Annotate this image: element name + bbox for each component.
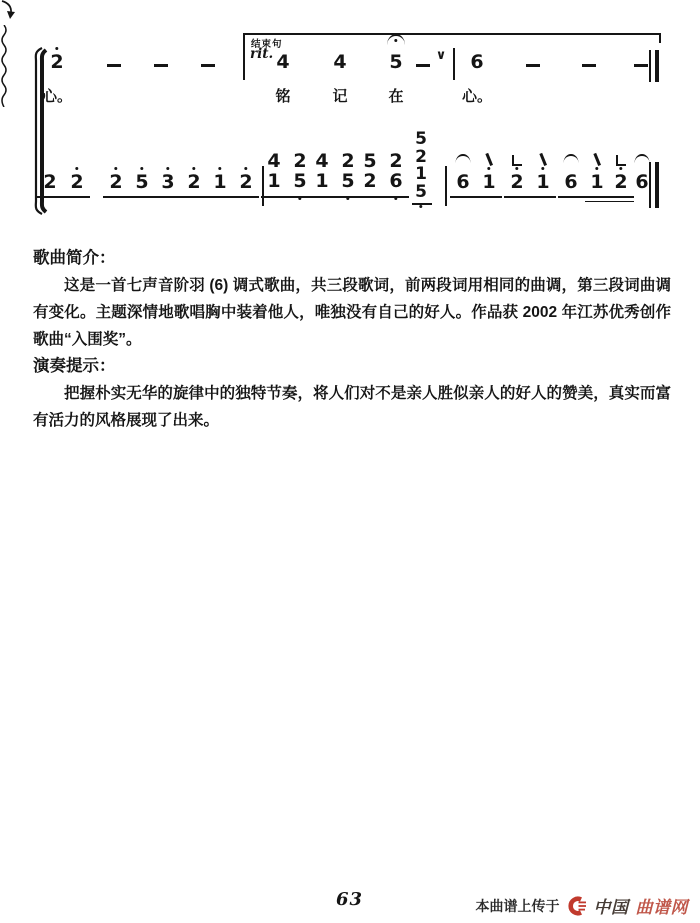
- score-note: 3: [168, 172, 181, 193]
- breath-mark-icon: ∨: [436, 48, 447, 63]
- beam-line: [37, 196, 90, 198]
- chord-top-number: 4: [267, 151, 280, 171]
- beam-line: [309, 196, 361, 198]
- score-note: 2: [50, 172, 63, 193]
- score-note: 1: [220, 172, 233, 193]
- score-note: 2: [621, 172, 634, 193]
- final-barline: [655, 162, 660, 208]
- duration-dash: [201, 64, 215, 67]
- beam-line: [155, 196, 207, 198]
- note-number: 3: [161, 172, 174, 192]
- octave-dot-above: [244, 167, 247, 170]
- fingering-hook-icon: [616, 155, 626, 166]
- note-number: 5: [389, 52, 402, 72]
- upload-prefix-text: 本曲谱上传于: [476, 896, 560, 916]
- score-page: 结束句 rit. 2心。4铭4记5在∨6心。222532124125412552…: [0, 0, 700, 923]
- song-intro-body: 这是一首七声音阶羽 (6) 调式歌曲，共三段歌词，前两段词用相同的曲调，第三段词…: [33, 272, 671, 353]
- note-number: 2: [187, 172, 200, 192]
- song-intro-section: 歌曲简介： 这是一首七声音阶羽 (6) 调式歌曲，共三段歌词，前两段词用相同的曲…: [33, 245, 671, 353]
- tie-arc-icon: [635, 154, 650, 163]
- note-number: 2: [510, 172, 523, 192]
- note-number: 1: [536, 172, 549, 192]
- lyric-syllable: 心。: [462, 85, 492, 106]
- octave-dot-above: [192, 167, 195, 170]
- note-number: 6: [564, 172, 577, 192]
- lyric-syllable: 心。: [42, 85, 72, 106]
- site-logo-icon: [567, 896, 587, 916]
- chord-stack: 25: [300, 151, 313, 191]
- duration-dash: [634, 64, 648, 67]
- chord-bottom-number: 5: [341, 171, 354, 191]
- barline: [649, 162, 651, 208]
- fingering-stroke-icon: [485, 153, 492, 166]
- beam-line: [261, 196, 313, 198]
- fingering-stroke-icon: [593, 153, 600, 166]
- note-number: 2: [50, 52, 63, 72]
- octave-dot-above: [487, 167, 490, 170]
- octave-dot-above: [595, 167, 598, 170]
- chord-bottom-number: 6: [389, 171, 402, 191]
- bracket-right-tick: [659, 33, 661, 43]
- beam-line: [504, 196, 556, 198]
- duration-dash: [154, 64, 168, 67]
- chord-bottom-number: 1: [315, 171, 328, 191]
- octave-dot-above: [75, 167, 78, 170]
- chord-bottom-number: 5: [293, 171, 306, 191]
- score-note: 1: [597, 172, 610, 193]
- chord-stack: 41: [274, 151, 287, 191]
- tie-arc-icon: [564, 154, 579, 163]
- score-note: 2: [246, 172, 259, 193]
- score-note: 4记: [340, 52, 353, 73]
- lyric-syllable: 记: [332, 85, 347, 106]
- score-note: 2: [517, 172, 530, 193]
- score-note: 1: [543, 172, 556, 193]
- performance-tips-body: 把握朴实无华的旋律中的独特节奏，将人们对不是亲人胜似亲人的好人的赞美，真实而富有…: [33, 380, 671, 434]
- score-note: 5在: [396, 52, 409, 73]
- note-number: 6: [635, 172, 648, 192]
- note-number: 6: [456, 172, 469, 192]
- octave-dot-below: [419, 205, 422, 208]
- score-note: 6心。: [477, 52, 490, 73]
- score-note: 6: [463, 172, 476, 193]
- score-note: 6: [571, 172, 584, 193]
- octave-dot-above: [140, 167, 143, 170]
- chord-bottom-number: 1: [267, 171, 280, 191]
- page-number: 63: [336, 889, 363, 910]
- chord-stack: 26: [396, 151, 409, 191]
- octave-dot-above: [114, 167, 117, 170]
- beam-line: [450, 196, 502, 198]
- note-number: 2: [70, 172, 83, 192]
- score-note: 4铭: [283, 52, 296, 73]
- tempo-marking-rit: rit.: [250, 46, 273, 62]
- duration-dash: [582, 64, 596, 67]
- chord-bottom-number: 2: [363, 171, 376, 191]
- downward-gliss-arrow-icon: [0, 0, 700, 25]
- score-note: 2: [77, 172, 90, 193]
- performance-tips-section: 演奏提示： 把握朴实无华的旋律中的独特节奏，将人们对不是亲人胜似亲人的好人的赞美…: [33, 353, 671, 434]
- arpeggio-number: 5: [415, 184, 427, 202]
- chord-stack: 52: [370, 151, 383, 191]
- note-number: 1: [213, 172, 226, 192]
- duration-dash: [526, 64, 540, 67]
- note-number: 2: [614, 172, 627, 192]
- site-watermark: 本曲谱上传于 中国曲谱网: [476, 893, 689, 918]
- score-note: 5: [142, 172, 155, 193]
- site-name-dark: 中国: [594, 893, 629, 918]
- ending-phrase-line: [243, 33, 661, 35]
- octave-dot-above: [541, 167, 544, 170]
- duration-dash: [107, 64, 121, 67]
- note-number: 4: [276, 52, 289, 72]
- fingering-stroke-icon: [539, 153, 546, 166]
- barline: [453, 48, 455, 80]
- beam-line: [558, 196, 634, 198]
- beam-line: [207, 196, 259, 198]
- site-name-red: 曲谱网: [636, 893, 689, 918]
- chord-top-number: 2: [341, 151, 354, 171]
- chord-top-number: 4: [315, 151, 328, 171]
- chord-top-number: 5: [363, 151, 376, 171]
- chord-stack: 41: [322, 151, 335, 191]
- note-number: 2: [43, 172, 56, 192]
- note-number: 6: [470, 52, 483, 72]
- barline: [445, 166, 447, 206]
- note-number: 4: [333, 52, 346, 72]
- octave-dot-above: [218, 167, 221, 170]
- performance-tips-heading: 演奏提示：: [33, 353, 671, 380]
- final-barline: [655, 50, 660, 82]
- tie-arc-icon: [456, 154, 471, 163]
- score-note: 1: [489, 172, 502, 193]
- octave-dot-above: [619, 167, 622, 170]
- fermata-dot: [394, 39, 397, 42]
- lyric-syllable: 在: [388, 85, 403, 106]
- duration-dash: [416, 64, 430, 67]
- beam-line: [585, 201, 634, 203]
- arpeggio-chord: 5215: [421, 131, 433, 201]
- song-intro-heading: 歌曲简介：: [33, 245, 671, 272]
- beam-line: [103, 196, 155, 198]
- barline: [649, 50, 651, 82]
- octave-dot-above: [166, 167, 169, 170]
- lyric-syllable: 铭: [275, 85, 290, 106]
- score-note: 2心。: [57, 52, 70, 73]
- note-number: 1: [590, 172, 603, 192]
- notes-section: 歌曲简介： 这是一首七声音阶羽 (6) 调式歌曲，共三段歌词，前两段词用相同的曲…: [33, 245, 671, 434]
- note-number: 1: [482, 172, 495, 192]
- note-number: 2: [239, 172, 252, 192]
- barline: [243, 40, 245, 80]
- chord-stack: 25: [348, 151, 361, 191]
- chord-top-number: 2: [389, 151, 402, 171]
- note-number: 5: [135, 172, 148, 192]
- chord-top-number: 2: [293, 151, 306, 171]
- beam-line: [412, 203, 432, 205]
- note-number: 2: [109, 172, 122, 192]
- fingering-hook-icon: [512, 155, 522, 166]
- score-note: 2: [194, 172, 207, 193]
- barline: [262, 166, 264, 206]
- octave-dot-above: [515, 167, 518, 170]
- score-note: 2: [116, 172, 129, 193]
- score: 结束句 rit. 2心。4铭4记5在∨6心。222532124125412552…: [0, 0, 700, 235]
- beam-line: [357, 196, 409, 198]
